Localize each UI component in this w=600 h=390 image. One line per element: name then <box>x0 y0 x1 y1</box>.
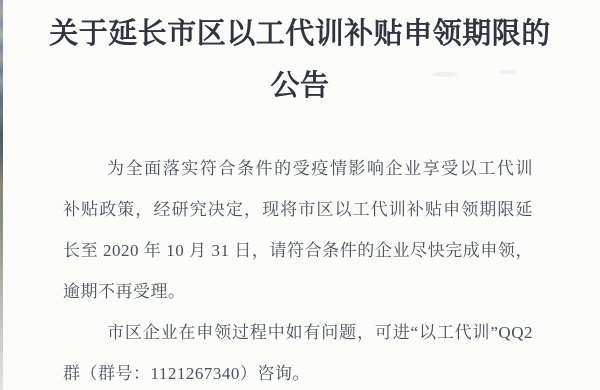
title-line-1: 关于延长市区以工代训补贴申领期限的 <box>0 8 600 60</box>
paragraph2-line2: 群（群号：1121267340）咨询。 <box>63 353 533 390</box>
document-body: 为全面落实符合条件的受疫情影响企业享受以工代训 补贴政策，经研究决定，现将市区以… <box>63 148 533 390</box>
announcement-document: 关于延长市区以工代训补贴申领期限的 公告 为全面落实符合条件的受疫情影响企业享受… <box>0 0 600 390</box>
paragraph1-line1: 为全面落实符合条件的受疫情影响企业享受以工代训 <box>63 148 533 189</box>
paragraph1-line3: 长至 2020 年 10 月 31 日，请符合条件的企业尽快完成申领， <box>63 230 533 271</box>
title-line-2: 公告 <box>0 60 600 112</box>
document-title: 关于延长市区以工代训补贴申领期限的 公告 <box>0 8 600 112</box>
paragraph1-line4: 逾期不再受理。 <box>63 271 533 312</box>
paragraph2-line1: 市区企业在申领过程中如有问题，可进“以工代训”QQ2 <box>63 312 533 353</box>
paragraph1-line2: 补贴政策，经研究决定，现将市区以工代训补贴申领期限延 <box>63 189 533 230</box>
